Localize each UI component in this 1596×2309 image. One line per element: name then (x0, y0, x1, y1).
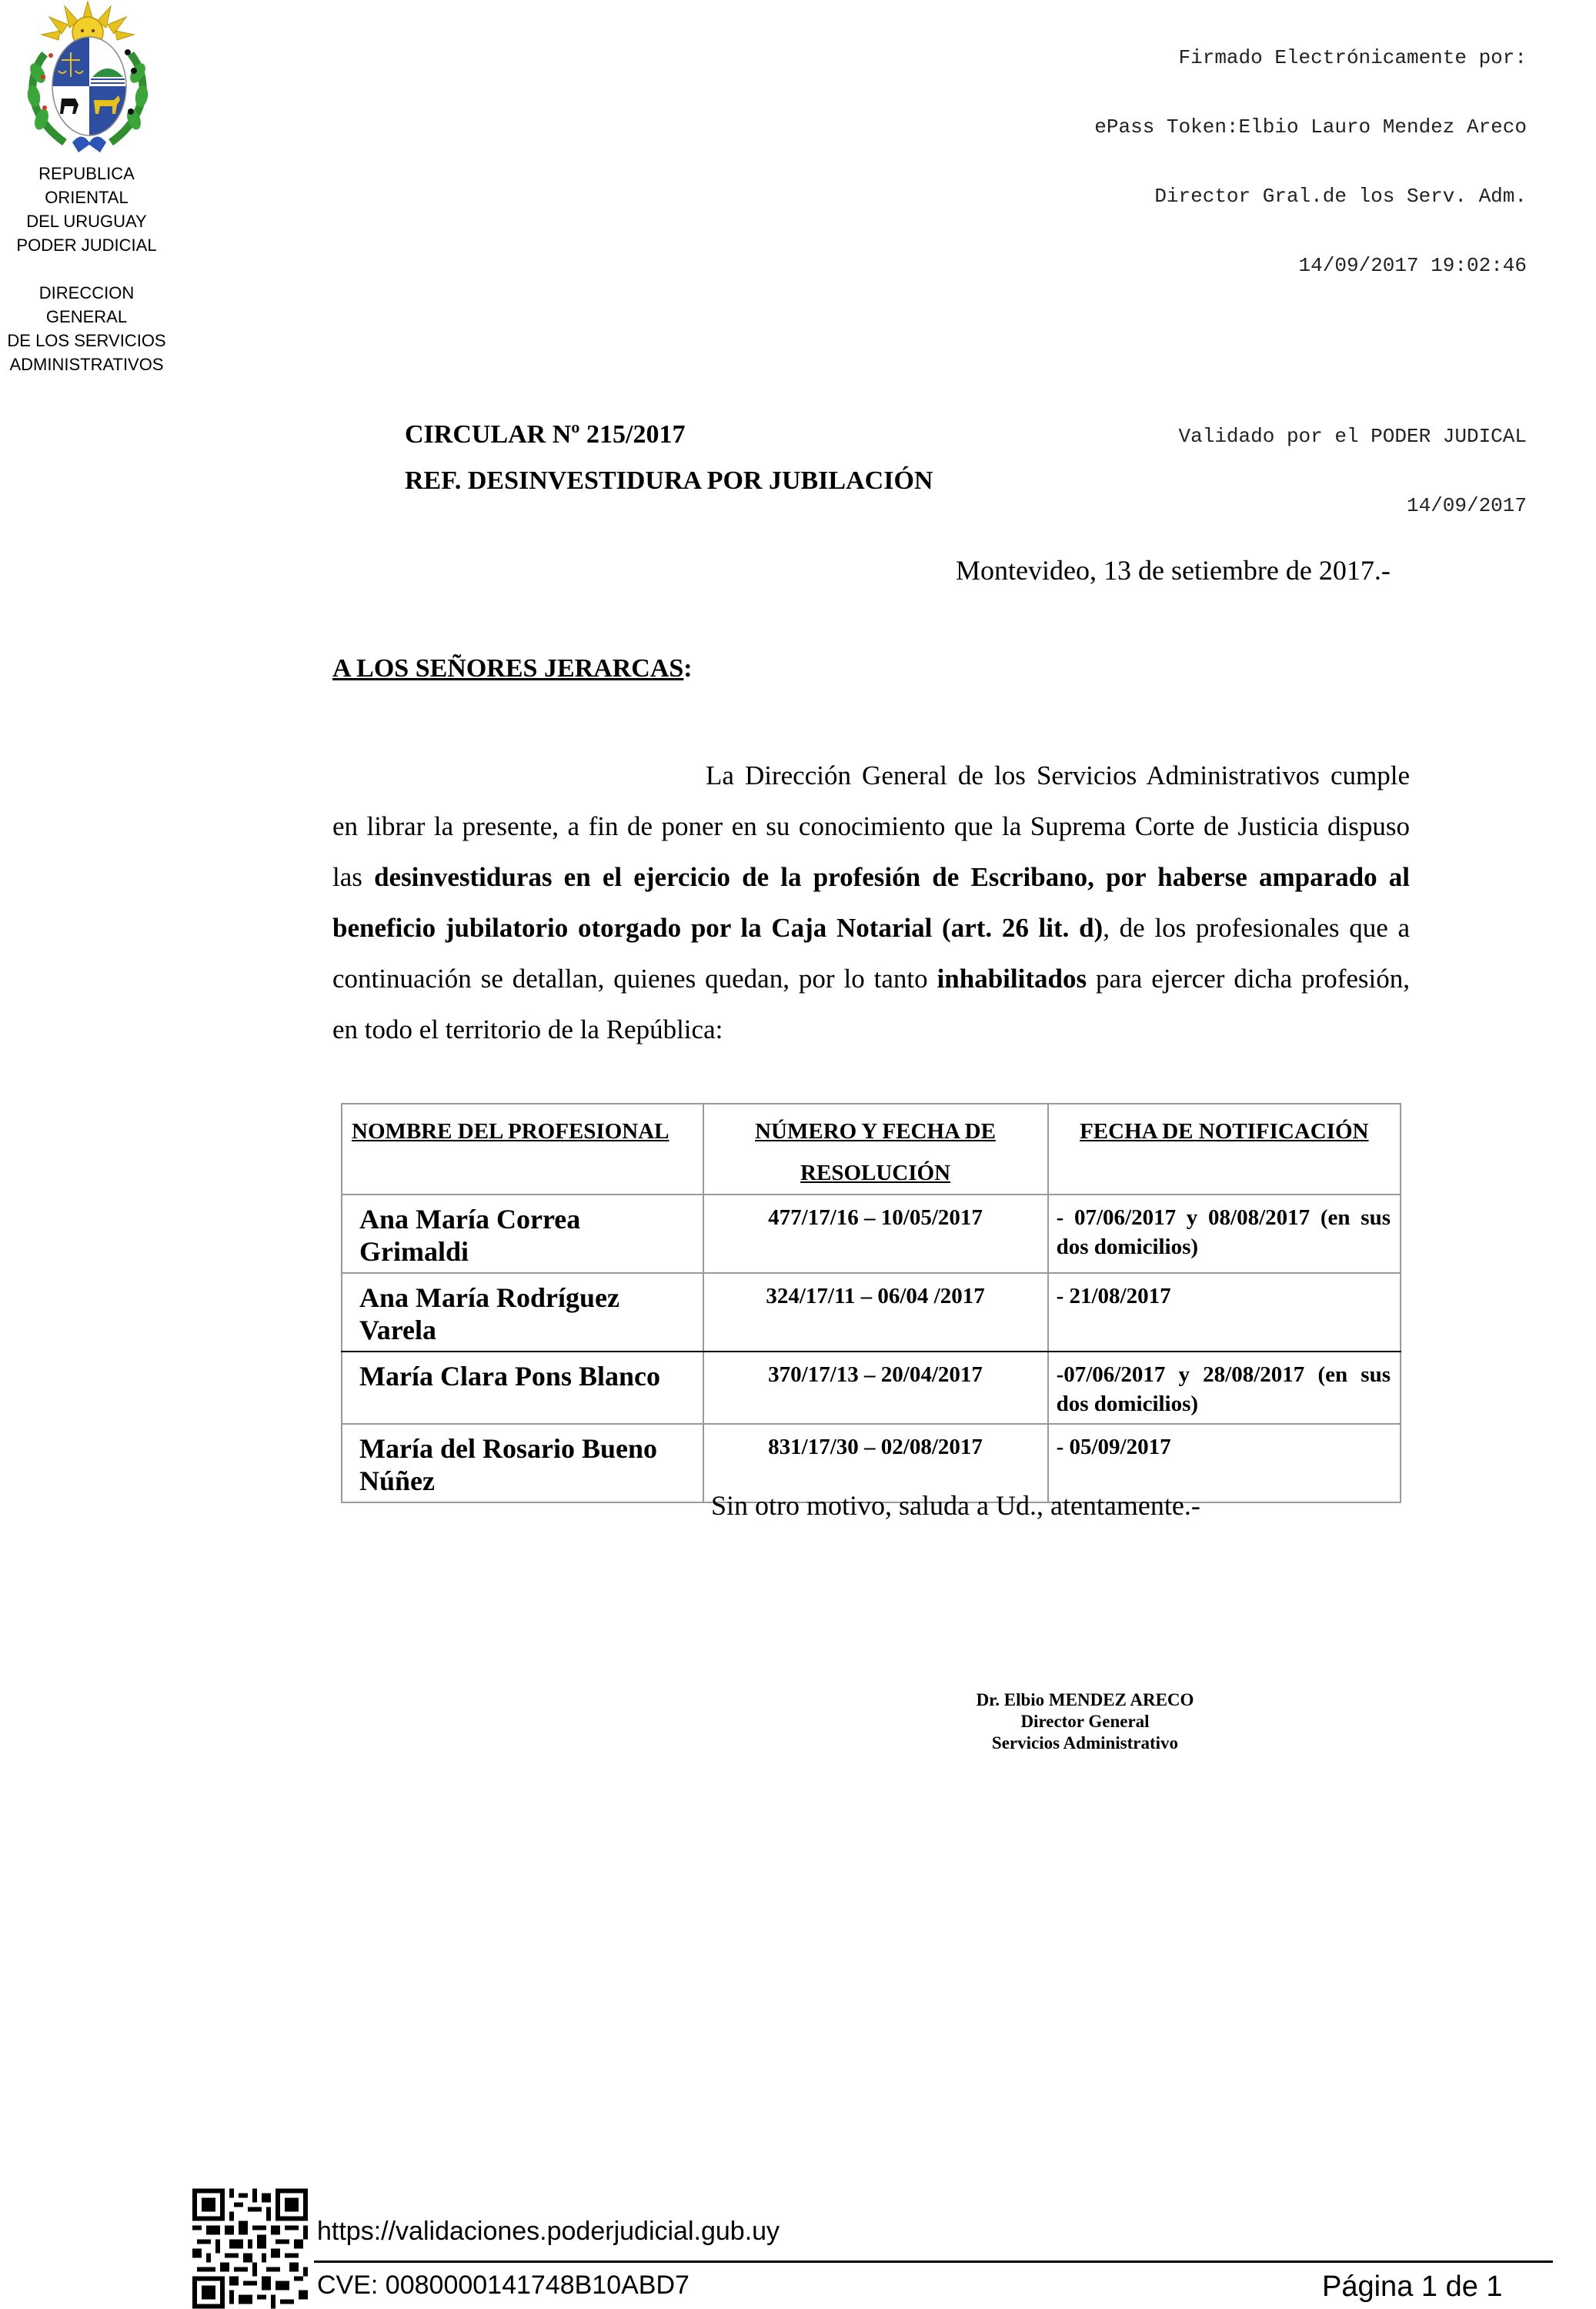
place-date: Montevideo, 13 de setiembre de 2017.- (956, 554, 1391, 586)
org-line: DEL URUGUAY (0, 209, 173, 233)
cell-resolution: 477/17/16 – 10/05/2017 (703, 1195, 1048, 1273)
table-row: Ana María Correa Grimaldi 477/17/16 – 10… (342, 1195, 1401, 1273)
circular-heading: CIRCULAR Nº 215/2017 REF. DESINVESTIDURA… (405, 412, 933, 504)
circular-reference: REF. DESINVESTIDURA POR JUBILACIÓN (405, 458, 933, 504)
salutation: A LOS SEÑORES JERARCAS: (332, 654, 693, 683)
coat-of-arms-icon (11, 0, 165, 158)
cell-resolution: 324/17/11 – 06/04 /2017 (703, 1273, 1048, 1352)
cell-name: María del Rosario Bueno Núñez (342, 1424, 703, 1502)
cell-notification: - 07/06/2017 y 08/08/2017 (en sus dos do… (1048, 1195, 1401, 1273)
page-number: Página 1 de 1 (1322, 2271, 1503, 2304)
department-line: DE LOS SERVICIOS (0, 329, 173, 353)
cell-resolution: 370/17/13 – 20/04/2017 (703, 1352, 1048, 1424)
column-header-notification: FECHA DE NOTIFICACIÓN (1048, 1104, 1401, 1195)
electronic-signature-stamp: Firmado Electrónicamente por: ePass Toke… (1094, 0, 1527, 540)
table-row: María Clara Pons Blanco 370/17/13 – 20/0… (342, 1352, 1401, 1424)
cve-code: CVE: 0080000141748B10ABD7 (317, 2271, 689, 2301)
validation-url-link[interactable]: https://validaciones.poderjudicial.gub.u… (317, 2217, 780, 2247)
footer-divider (314, 2261, 1553, 2263)
organization-heading: REPUBLICA ORIENTAL DEL URUGUAY PODER JUD… (0, 162, 173, 376)
cell-notification: - 21/08/2017 (1048, 1273, 1401, 1352)
signer-role: Director Gral.de los Serv. Adm. (1094, 185, 1527, 208)
signed-by-label: Firmado Electrónicamente por: (1094, 46, 1527, 69)
circular-number: CIRCULAR Nº 215/2017 (405, 412, 933, 458)
salutation-text: A LOS SEÑORES JERARCAS (332, 654, 683, 683)
department-line: DIRECCION GENERAL (0, 281, 173, 329)
cell-name: María Clara Pons Blanco (342, 1352, 703, 1424)
signed-timestamp: 14/09/2017 19:02:46 (1094, 254, 1527, 277)
column-header-name: NOMBRE DEL PROFESIONAL (342, 1104, 703, 1195)
validated-date: 14/09/2017 (1094, 494, 1527, 517)
signatory-name: Dr. Elbio MENDEZ ARECO (954, 1689, 1216, 1711)
org-line: REPUBLICA ORIENTAL (0, 162, 173, 209)
department-line: ADMINISTRATIVOS (0, 353, 173, 376)
professionals-table: NOMBRE DEL PROFESIONAL NÚMERO Y FECHA DE… (341, 1103, 1401, 1503)
body-paragraph: La Dirección General de los Servicios Ad… (332, 750, 1410, 1055)
salutation-colon: : (683, 654, 692, 683)
table-row: Ana María Rodríguez Varela 324/17/11 – 0… (342, 1273, 1401, 1352)
signatory-office: Servicios Administrativo (954, 1733, 1216, 1754)
validated-label: Validado por el PODER JUDICAL (1094, 425, 1527, 448)
signer-token: ePass Token:Elbio Lauro Mendez Areco (1094, 115, 1527, 139)
table-header-row: NOMBRE DEL PROFESIONAL NÚMERO Y FECHA DE… (342, 1104, 1401, 1195)
signatory-title: Director General (954, 1711, 1216, 1733)
cell-name: Ana María Correa Grimaldi (342, 1195, 703, 1273)
cell-name: Ana María Rodríguez Varela (342, 1273, 703, 1352)
qr-code-icon[interactable] (192, 2188, 308, 2309)
body-bold-2: inhabilitados (937, 964, 1087, 994)
org-line: PODER JUDICIAL (0, 233, 173, 257)
signatory-block: Dr. Elbio MENDEZ ARECO Director General … (954, 1689, 1216, 1754)
column-header-resolution: NÚMERO Y FECHA DE RESOLUCIÓN (703, 1104, 1048, 1195)
closing-line: Sin otro motivo, saluda a Ud., atentamen… (711, 1489, 1200, 1522)
cell-notification: -07/06/2017 y 28/08/2017 (en sus dos dom… (1048, 1352, 1401, 1424)
